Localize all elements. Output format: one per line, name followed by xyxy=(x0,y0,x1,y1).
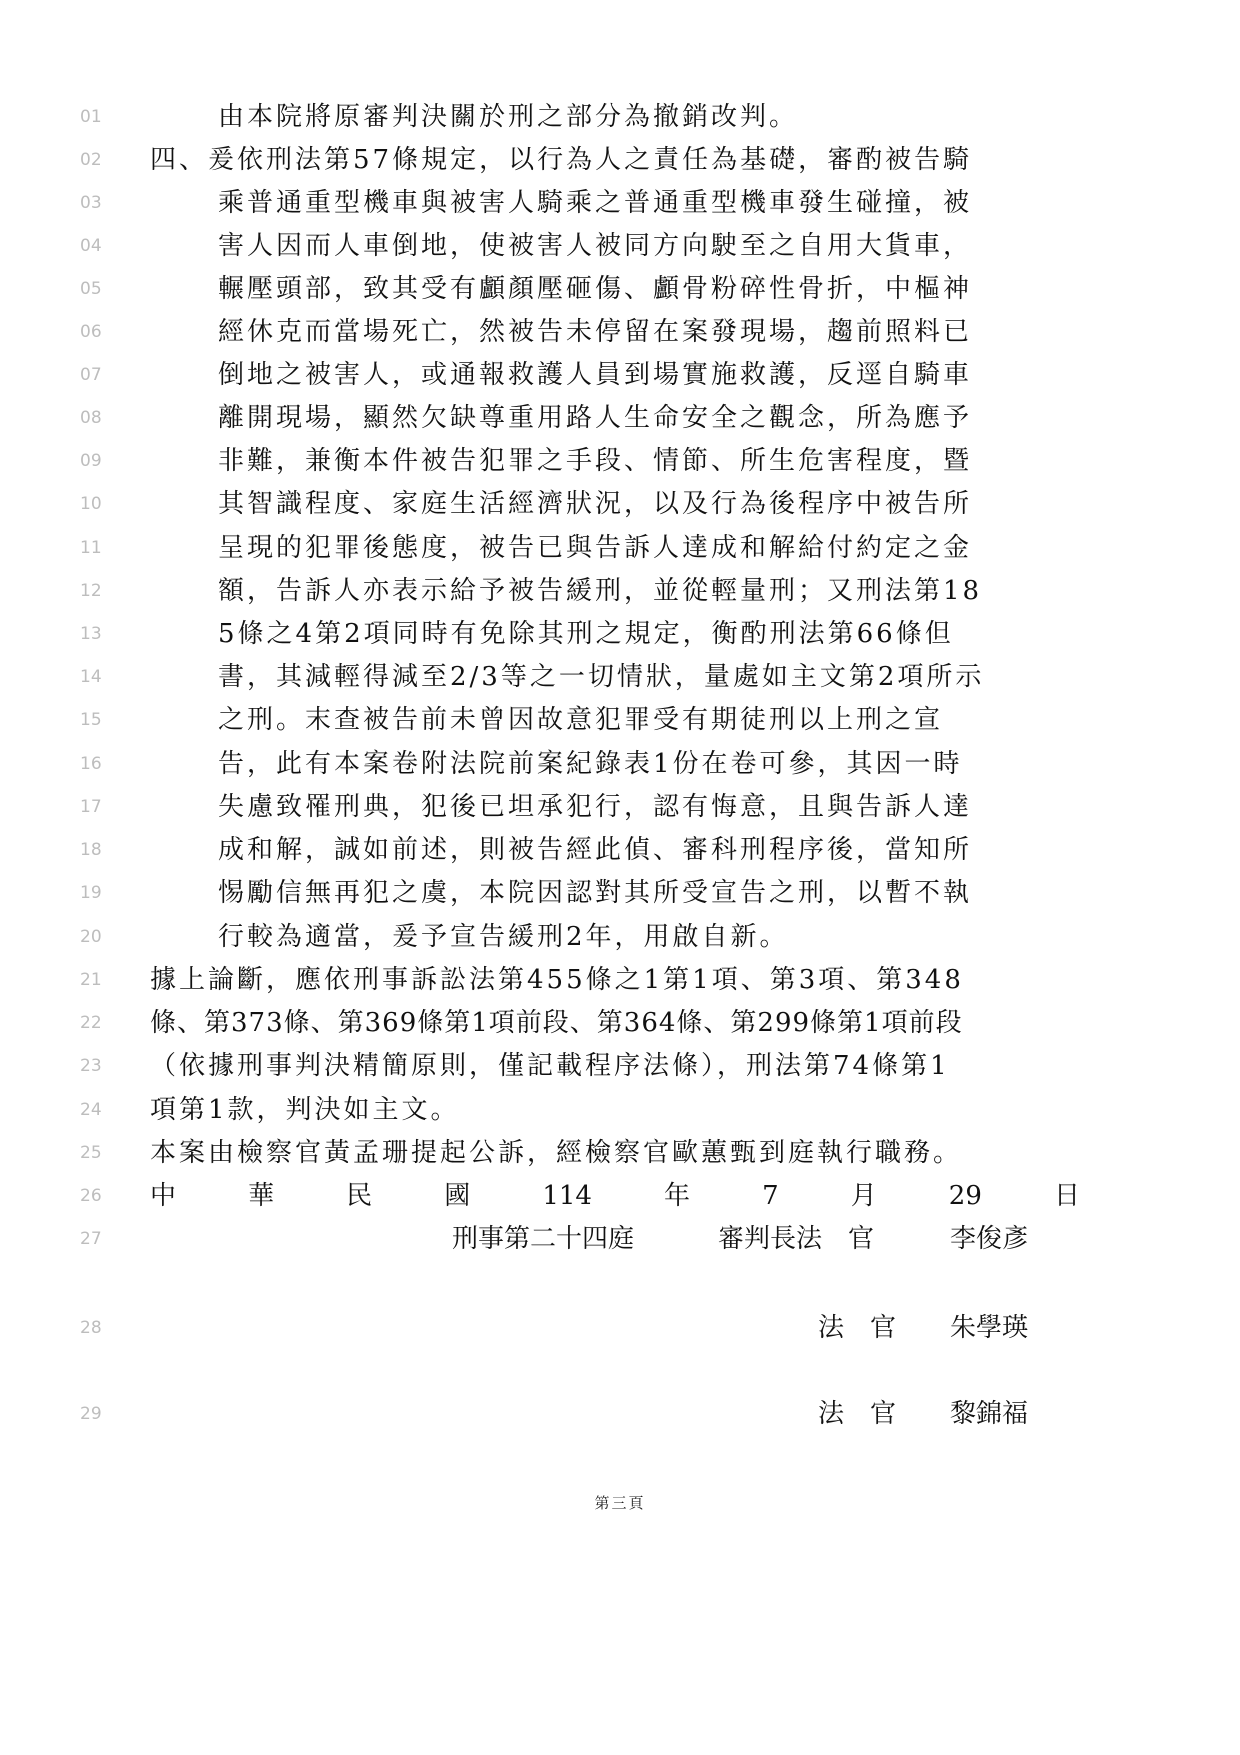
line-number: 18 xyxy=(80,829,120,872)
line-text: 成和解，誠如前述，則被告經此偵、審科刑程序後，當知所 xyxy=(218,829,972,872)
line-text: 四、爰依刑法第57條規定，以行為人之責任為基礎，審酌被告騎 xyxy=(150,139,972,182)
date-char: 日 xyxy=(1054,1175,1080,1218)
line-24: 24 項第1款，判決如主文。 xyxy=(0,1089,1240,1132)
line-number: 17 xyxy=(80,786,120,829)
line-01: 01 由本院將原審判決關於刑之部分為撤銷改判。 xyxy=(0,96,1240,139)
line-text: 據上論斷，應依刑事訴訟法第455條之1第1項、第3項、第348 xyxy=(150,959,964,1002)
date-year: 114 xyxy=(542,1175,592,1218)
line-number: 13 xyxy=(80,613,120,656)
line-number: 20 xyxy=(80,916,120,959)
line-number: 26 xyxy=(80,1175,120,1218)
line-number: 02 xyxy=(80,139,120,182)
line-07: 07 倒地之被害人，或通報救護人員到場實施救護，反逕自騎車 xyxy=(0,354,1240,397)
line-number: 23 xyxy=(80,1045,120,1088)
line-05: 05 輾壓頭部，致其受有顱顏壓砸傷、顱骨粉碎性骨折，中樞神 xyxy=(0,268,1240,311)
line-number: 21 xyxy=(80,959,120,1002)
judge-name: 朱學瑛 xyxy=(950,1307,1028,1350)
line-text: 額，告訴人亦表示給予被告緩刑，並從輕量刑；又刑法第18 xyxy=(218,570,982,613)
judge-name: 黎錦福 xyxy=(950,1393,1028,1436)
line-23: 23 （依據刑事判決精簡原則，僅記載程序法條），刑法第74條第1 xyxy=(0,1045,1240,1088)
line-10: 10 其智識程度、家庭生活經濟狀況，以及行為後程序中被告所 xyxy=(0,483,1240,526)
judge-title: 審判長法 官 xyxy=(718,1218,874,1261)
judge-name: 李俊彥 xyxy=(950,1218,1028,1261)
line-text: 行較為適當，爰予宣告緩刑2年，用啟自新。 xyxy=(218,916,789,959)
date-char: 民 xyxy=(346,1175,372,1218)
line-text: 害人因而人車倒地，使被害人被同方向駛至之自用大貨車， xyxy=(218,225,972,268)
signature-judge: 29 法 官 黎錦福 xyxy=(0,1393,1240,1436)
line-text: 其智識程度、家庭生活經濟狀況，以及行為後程序中被告所 xyxy=(218,483,972,526)
line-text: 告，此有本案卷附法院前案紀錄表1份在卷可參，其因一時 xyxy=(218,743,963,786)
date-line: 26 中 華 民 國 114 年 7 月 29 日 xyxy=(0,1175,1240,1218)
line-number: 04 xyxy=(80,225,120,268)
line-number: 15 xyxy=(80,699,120,742)
line-number: 01 xyxy=(80,96,120,139)
line-number: 16 xyxy=(80,743,120,786)
line-text: 條、第373條、第369條第1項前段、第364條、第299條第1項前段 xyxy=(150,1002,963,1045)
date-char: 國 xyxy=(444,1175,470,1218)
line-25: 25 本案由檢察官黃孟珊提起公訴，經檢察官歐蕙甄到庭執行職務。 xyxy=(0,1132,1240,1175)
court-division: 刑事第二十四庭 xyxy=(452,1218,634,1261)
line-text: 離開現場，顯然欠缺尊重用路人生命安全之觀念，所為應予 xyxy=(218,397,972,440)
line-number: 11 xyxy=(80,527,120,570)
line-15: 15 之刑。末查被告前未曾因故意犯罪受有期徒刑以上刑之宣 xyxy=(0,699,1240,742)
line-number: 03 xyxy=(80,182,120,225)
line-22: 22 條、第373條、第369條第1項前段、第364條、第299條第1項前段 xyxy=(0,1002,1240,1045)
line-text: 書，其減輕得減至2/3等之一切情狀，量處如主文第2項所示 xyxy=(218,656,984,699)
line-number: 27 xyxy=(80,1218,120,1261)
line-number: 28 xyxy=(80,1307,120,1350)
line-number: 14 xyxy=(80,656,120,699)
line-number: 06 xyxy=(80,311,120,354)
line-text: 惕勵信無再犯之虞，本院因認對其所受宣告之刑，以暫不執 xyxy=(218,872,972,915)
line-18: 18 成和解，誠如前述，則被告經此偵、審科刑程序後，當知所 xyxy=(0,829,1240,872)
signature-presiding-judge: 27 刑事第二十四庭 審判長法 官 李俊彥 xyxy=(0,1218,1240,1261)
signature-judge: 28 法 官 朱學瑛 xyxy=(0,1307,1240,1350)
judge-title: 法 官 xyxy=(818,1393,896,1436)
date-month: 7 xyxy=(762,1175,779,1218)
line-text: 輾壓頭部，致其受有顱顏壓砸傷、顱骨粉碎性骨折，中樞神 xyxy=(218,268,972,311)
line-16: 16 告，此有本案卷附法院前案紀錄表1份在卷可參，其因一時 xyxy=(0,743,1240,786)
line-number: 05 xyxy=(80,268,120,311)
line-text: 由本院將原審判決關於刑之部分為撤銷改判。 xyxy=(218,96,798,139)
line-09: 09 非難，兼衡本件被告犯罪之手段、情節、所生危害程度，暨 xyxy=(0,440,1240,483)
line-number: 29 xyxy=(80,1393,120,1436)
line-17: 17 失慮致罹刑典，犯後已坦承犯行，認有悔意，且與告訴人達 xyxy=(0,786,1240,829)
line-text: 非難，兼衡本件被告犯罪之手段、情節、所生危害程度，暨 xyxy=(218,440,972,483)
date-char: 年 xyxy=(664,1175,690,1218)
line-text: 呈現的犯罪後態度，被告已與告訴人達成和解給付約定之金 xyxy=(218,527,972,570)
line-text: 之刑。末查被告前未曾因故意犯罪受有期徒刑以上刑之宣 xyxy=(218,699,943,742)
date-char: 華 xyxy=(248,1175,274,1218)
line-06: 06 經休克而當場死亡，然被告未停留在案發現場，趨前照料已 xyxy=(0,311,1240,354)
judge-title: 法 官 xyxy=(818,1307,896,1350)
line-number: 07 xyxy=(80,354,120,397)
line-text: 項第1款，判決如主文。 xyxy=(150,1089,460,1132)
line-text: 乘普通重型機車與被害人騎乘之普通重型機車發生碰撞，被 xyxy=(218,182,972,225)
line-number: 25 xyxy=(80,1132,120,1175)
line-14: 14 書，其減輕得減至2/3等之一切情狀，量處如主文第2項所示 xyxy=(0,656,1240,699)
document-page: 01 由本院將原審判決關於刑之部分為撤銷改判。 02 四、爰依刑法第57條規定，… xyxy=(0,0,1240,1755)
line-20: 20 行較為適當，爰予宣告緩刑2年，用啟自新。 xyxy=(0,916,1240,959)
line-12: 12 額，告訴人亦表示給予被告緩刑，並從輕量刑；又刑法第18 xyxy=(0,570,1240,613)
page-number: 第三頁 xyxy=(0,1492,1240,1513)
line-text: （依據刑事判決精簡原則，僅記載程序法條），刑法第74條第1 xyxy=(150,1045,950,1088)
line-21: 21 據上論斷，應依刑事訴訟法第455條之1第1項、第3項、第348 xyxy=(0,959,1240,1002)
line-number: 08 xyxy=(80,397,120,440)
line-number: 10 xyxy=(80,483,120,526)
line-text: 經休克而當場死亡，然被告未停留在案發現場，趨前照料已 xyxy=(218,311,972,354)
line-number: 19 xyxy=(80,872,120,915)
line-text: 5條之4第2項同時有免除其刑之規定，衡酌刑法第66條但 xyxy=(218,613,954,656)
line-13: 13 5條之4第2項同時有免除其刑之規定，衡酌刑法第66條但 xyxy=(0,613,1240,656)
line-03: 03 乘普通重型機車與被害人騎乘之普通重型機車發生碰撞，被 xyxy=(0,182,1240,225)
line-text: 倒地之被害人，或通報救護人員到場實施救護，反逕自騎車 xyxy=(218,354,972,397)
line-number: 09 xyxy=(80,440,120,483)
line-08: 08 離開現場，顯然欠缺尊重用路人生命安全之觀念，所為應予 xyxy=(0,397,1240,440)
line-04: 04 害人因而人車倒地，使被害人被同方向駛至之自用大貨車， xyxy=(0,225,1240,268)
line-number: 12 xyxy=(80,570,120,613)
line-19: 19 惕勵信無再犯之虞，本院因認對其所受宣告之刑，以暫不執 xyxy=(0,872,1240,915)
line-number: 24 xyxy=(80,1089,120,1132)
line-text: 失慮致罹刑典，犯後已坦承犯行，認有悔意，且與告訴人達 xyxy=(218,786,972,829)
line-11: 11 呈現的犯罪後態度，被告已與告訴人達成和解給付約定之金 xyxy=(0,527,1240,570)
date-char: 月 xyxy=(851,1175,877,1218)
date-row: 中 華 民 國 114 年 7 月 29 日 xyxy=(150,1175,1080,1218)
date-char: 中 xyxy=(150,1175,176,1218)
line-02: 02 四、爰依刑法第57條規定，以行為人之責任為基礎，審酌被告騎 xyxy=(0,139,1240,182)
date-day: 29 xyxy=(949,1175,982,1218)
line-text: 本案由檢察官黃孟珊提起公訴，經檢察官歐蕙甄到庭執行職務。 xyxy=(150,1132,962,1175)
line-number: 22 xyxy=(80,1002,120,1045)
